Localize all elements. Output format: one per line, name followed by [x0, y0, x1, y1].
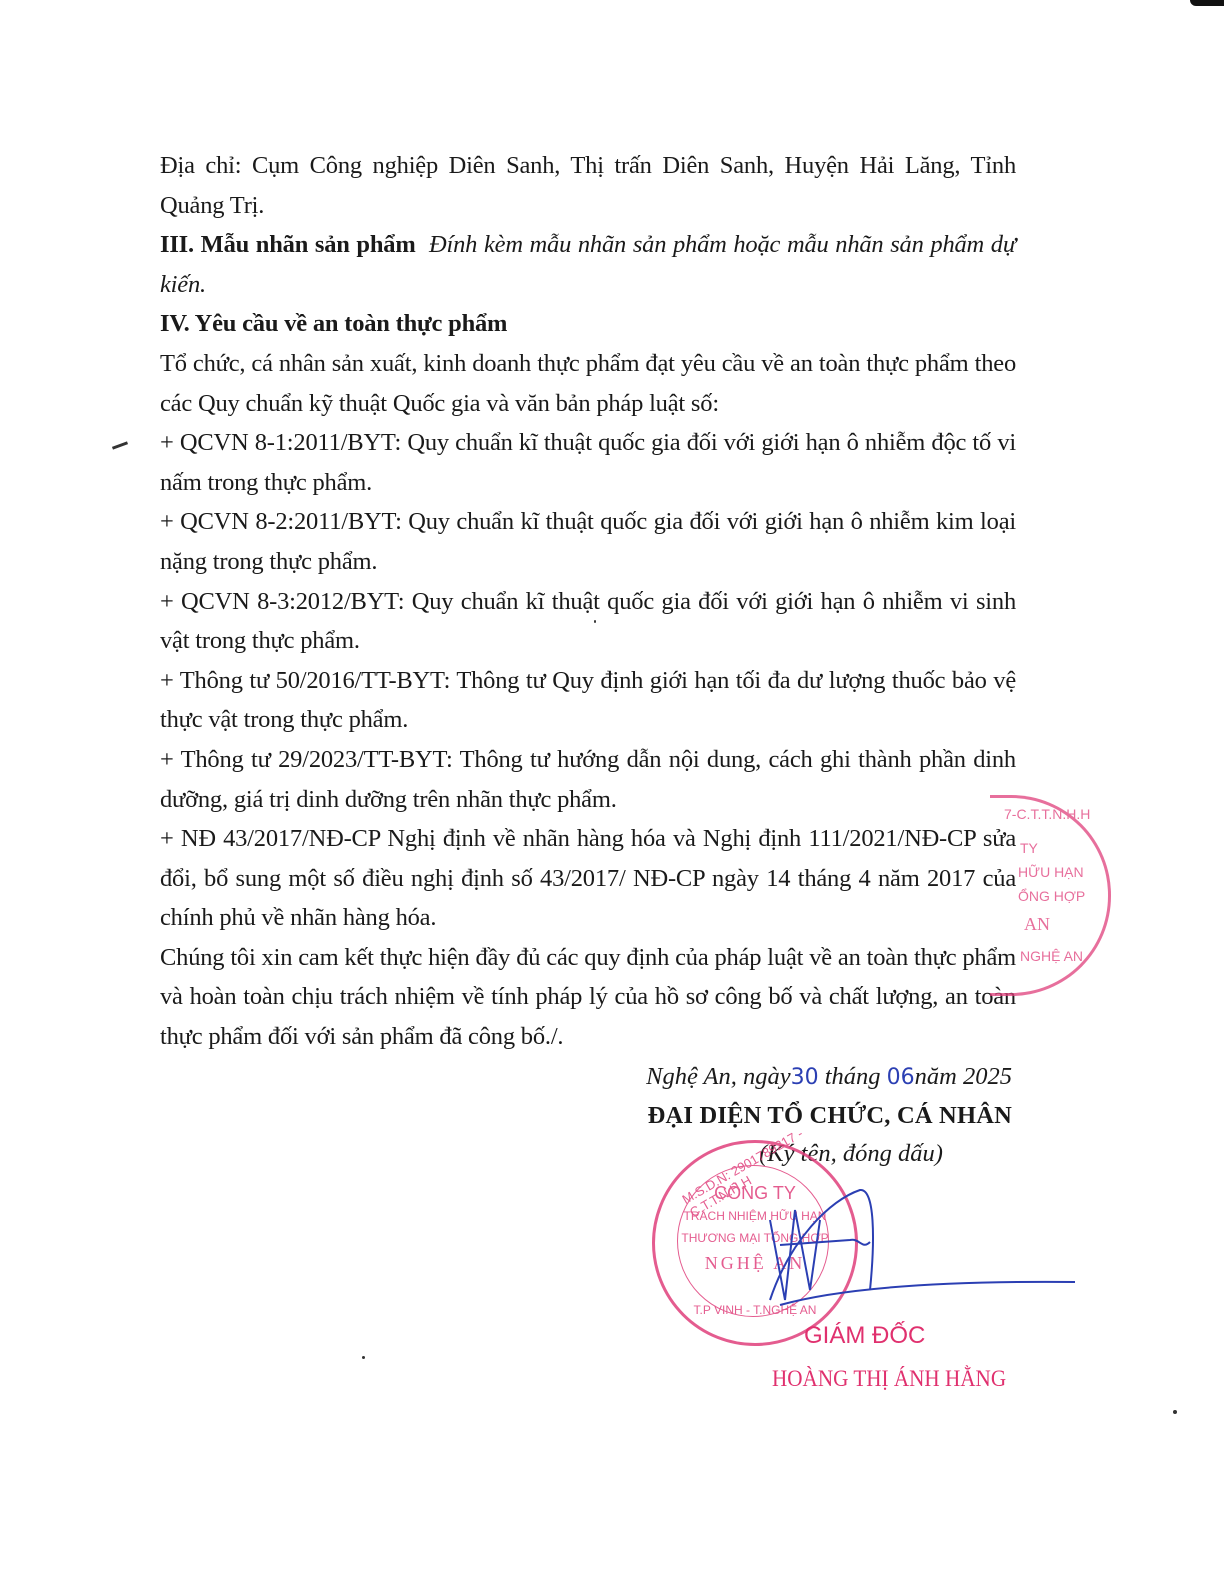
stamp-ring-text: 7-C.T.T.N.H.H — [1004, 806, 1090, 822]
regulation-item: + QCVN 8-2:2011/BYT: Quy chuẩn kĩ thuật … — [160, 502, 1016, 581]
section-4-title: IV. Yêu cầu về an toàn thực phẩm — [160, 304, 1016, 344]
scan-mark — [112, 441, 128, 449]
address-line: Địa chỉ: Cụm Công nghiệp Diên Sanh, Thị … — [160, 146, 1016, 225]
stamp-line: AN — [1024, 914, 1050, 935]
partial-company-stamp: 7-C.T.T.N.H.H TY HỮU HẠN ỔNG HỢP AN NGHỆ… — [990, 795, 1111, 996]
date-prefix: Nghệ An, ngày — [646, 1063, 791, 1090]
section-3-title: III. Mẫu nhãn sản phẩm — [160, 231, 416, 258]
date-month: 06 — [887, 1065, 915, 1090]
regulation-item: + Thông tư 50/2016/TT-BYT: Thông tư Quy … — [160, 661, 1016, 740]
handwritten-signature — [750, 1180, 1080, 1330]
date-day: 30 — [791, 1065, 819, 1090]
regulation-item: + NĐ 43/2017/NĐ-CP Nghị định về nhãn hàn… — [160, 819, 1016, 938]
regulation-item: + QCVN 8-1:2011/BYT: Quy chuẩn kĩ thuật … — [160, 423, 1016, 502]
stamp-bottom-text: NGHỆ AN — [1020, 948, 1083, 964]
stamp-line: TY — [1020, 840, 1038, 856]
scan-speck — [1173, 1410, 1177, 1414]
commitment-paragraph: Chúng tôi xin cam kết thực hiện đầy đủ c… — [160, 938, 1016, 1057]
scan-speck — [362, 1356, 365, 1359]
section-4-intro: Tổ chức, cá nhân sản xuất, kinh doanh th… — [160, 344, 1016, 423]
signer-role: GIÁM ĐỐC — [804, 1322, 925, 1350]
date-year: năm 2025 — [915, 1063, 1012, 1090]
section-3: III. Mẫu nhãn sản phẩm Đính kèm mẫu nhãn… — [160, 225, 1016, 304]
regulation-item: + QCVN 8-3:2012/BYT: Quy chuẩn kĩ thuật … — [160, 582, 1016, 661]
stamp-line: HỮU HẠN — [1018, 864, 1084, 880]
stamp-line: ỔNG HỢP — [1018, 888, 1085, 904]
signer-name: HOÀNG THỊ ÁNH HẰNG — [772, 1366, 1006, 1392]
scan-corner-mark — [1190, 0, 1224, 6]
scan-speck — [594, 620, 596, 623]
regulation-item: + Thông tư 29/2023/TT-BYT: Thông tư hướn… — [160, 740, 1016, 819]
document-body: Địa chỉ: Cụm Công nghiệp Diên Sanh, Thị … — [160, 146, 1016, 1057]
date-month-label: tháng — [825, 1063, 881, 1090]
date-line: Nghệ An, ngày30 tháng 06năm 2025 — [600, 1058, 1012, 1097]
